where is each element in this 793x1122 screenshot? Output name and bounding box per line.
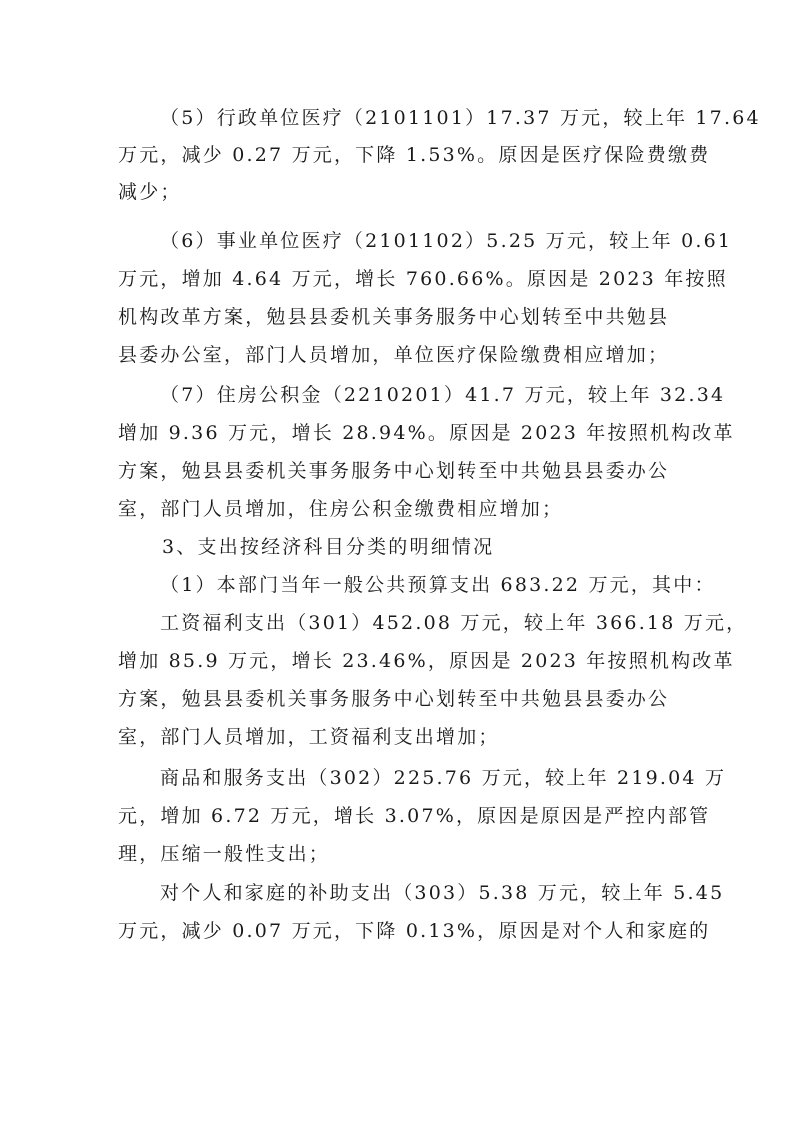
paragraph-line: 万元，增加 4.64 万元，增长 760.66%。原因是 2023 年按照 <box>118 267 678 291</box>
paragraph-line: 机构改革方案，勉县县委机关事务服务中心划转至中共勉县 <box>118 305 678 329</box>
section-heading: 3、支出按经济科目分类的明细情况 <box>162 535 722 559</box>
paragraph-line: （7）住房公积金（2210201）41.7 万元，较上年 32.34 <box>160 383 720 407</box>
paragraph-line: 元，增加 6.72 万元，增长 3.07%，原因是原因是严控内部管 <box>118 804 678 828</box>
paragraph-line: 万元，减少 0.27 万元，下降 1.53%。原因是医疗保险费缴费 <box>118 143 678 167</box>
paragraph-line: （1）本部门当年一般公共预算支出 683.22 万元，其中： <box>160 573 720 597</box>
paragraph-line: （5）行政单位医疗（2101101）17.37 万元，较上年 17.64 <box>160 106 720 130</box>
document-page: （5）行政单位医疗（2101101）17.37 万元，较上年 17.64 万元，… <box>0 0 793 1122</box>
paragraph-line: 室，部门人员增加，住房公积金缴费相应增加； <box>118 497 678 521</box>
paragraph-line: 对个人和家庭的补助支出（303）5.38 万元，较上年 5.45 <box>160 881 720 905</box>
paragraph-line: 理，压缩一般性支出； <box>118 842 678 866</box>
paragraph-line: 万元，减少 0.07 万元，下降 0.13%，原因是对个人和家庭的 <box>118 919 678 943</box>
paragraph-line: 方案，勉县县委机关事务服务中心划转至中共勉县县委办公 <box>118 687 678 711</box>
paragraph-line: 方案，勉县县委机关事务服务中心划转至中共勉县县委办公 <box>118 459 678 483</box>
paragraph-line: 室，部门人员增加，工资福利支出增加； <box>118 725 678 749</box>
paragraph-line: 增加 85.9 万元，增长 23.46%，原因是 2023 年按照机构改革 <box>118 649 678 673</box>
paragraph-line: 减少； <box>118 180 678 204</box>
paragraph-line: 县委办公室，部门人员增加，单位医疗保险缴费相应增加； <box>118 343 678 367</box>
paragraph-line: 增加 9.36 万元，增长 28.94%。原因是 2023 年按照机构改革 <box>118 421 678 445</box>
paragraph-line: （6）事业单位医疗（2101102）5.25 万元，较上年 0.61 <box>160 229 720 253</box>
paragraph-line: 工资福利支出（301）452.08 万元，较上年 366.18 万元， <box>160 611 720 635</box>
paragraph-line: 商品和服务支出（302）225.76 万元，较上年 219.04 万 <box>160 766 720 790</box>
